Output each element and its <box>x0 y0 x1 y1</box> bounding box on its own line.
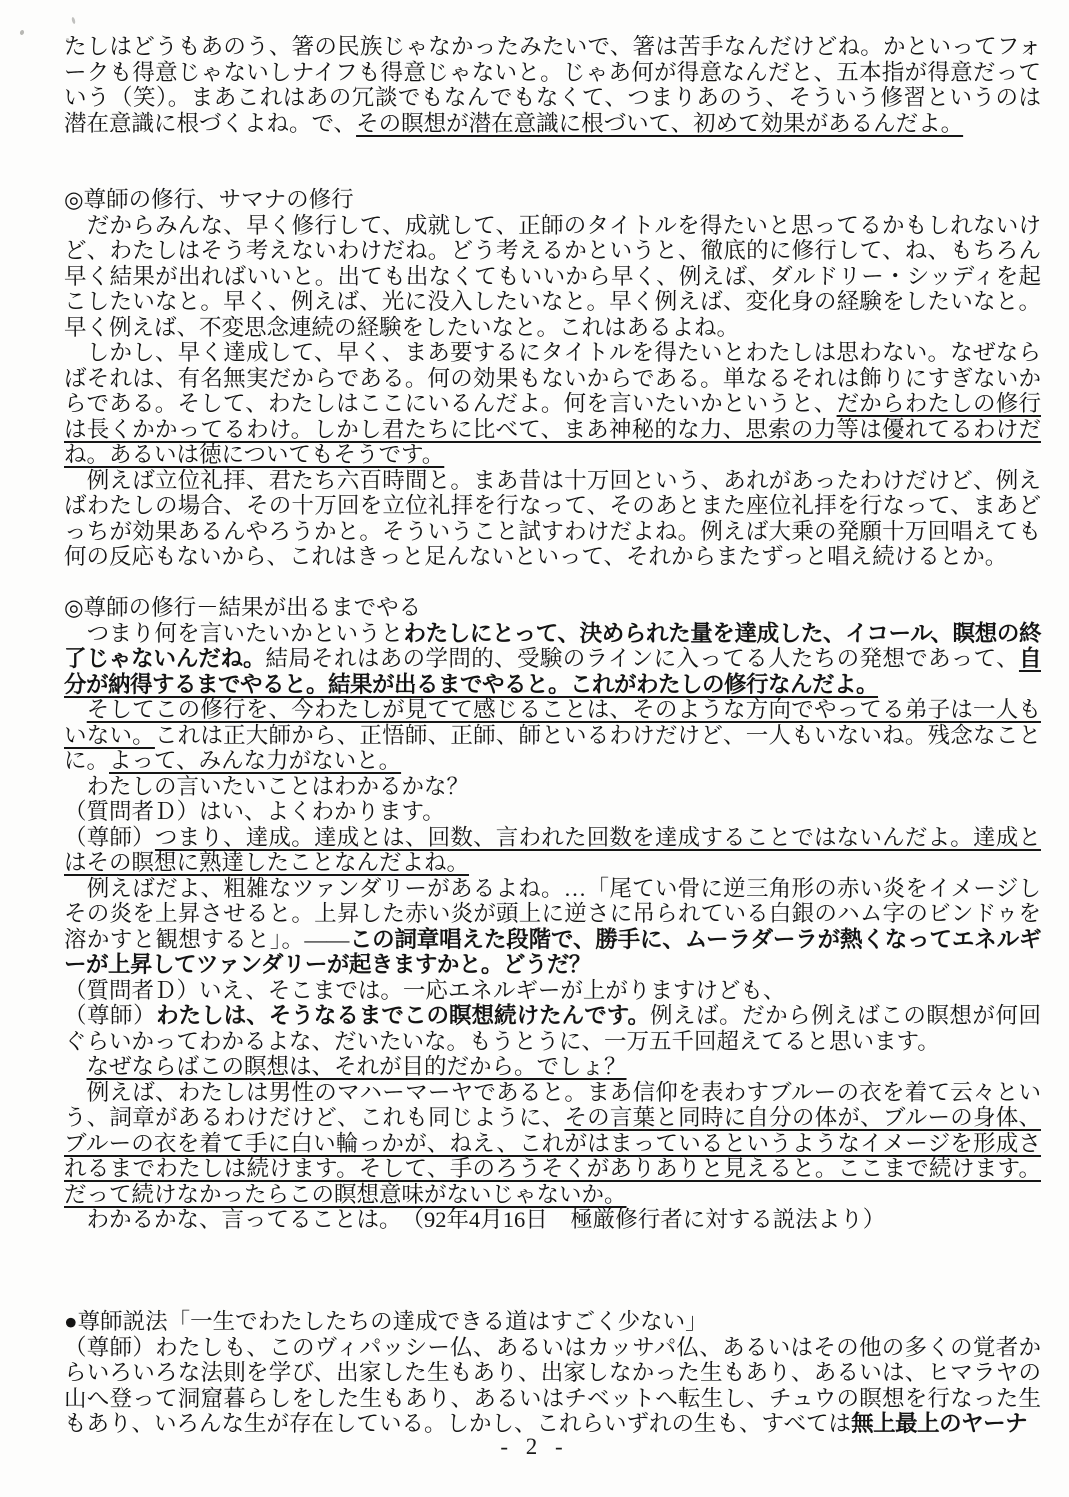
document-body: たしはどうもあのう、箸の民族じゃなかったみたいで、箸は苦手なんだけどね。かといっ… <box>64 34 1041 1437</box>
section-heading: ◎尊師の修行、サマナの修行 <box>64 187 1041 213</box>
scan-speck <box>71 17 76 25</box>
text-segment: ●尊師説法「一生でわたしたちの達成できる道はすごく少ない」 <box>64 1309 708 1334</box>
blank-line <box>64 1258 1041 1284</box>
paragraph: たしはどうもあのう、箸の民族じゃなかったみたいで、箸は苦手なんだけどね。かといっ… <box>64 34 1041 136</box>
text-segment: 無上最上のヤーナ <box>851 1411 1027 1436</box>
blank-line <box>64 136 1041 162</box>
text-segment: だからみんな、早く修行して、成就して、正師のタイトルを得たいと思ってるかもしれな… <box>64 213 1041 340</box>
paragraph: 例えば立位礼拝、君たち六百時間と。まあ昔は十万回という、あれがあったわけだけど、… <box>64 468 1041 570</box>
paragraph: わたしの言いたいことはわかるかな？ <box>64 774 1041 800</box>
text-segment: つまり何を言いたいかというと <box>64 621 403 646</box>
text-segment: よって、みんな力がないと。 <box>109 748 401 773</box>
paragraph: つまり何を言いたいかというとわたしにとって、決められた量を達成した、イコール、瞑… <box>64 621 1041 698</box>
text-segment: わかるかな、言ってることは。 （92年4月16日 極厳修行者に対する説法より） <box>64 1207 885 1232</box>
paragraph: （質問者Ｄ）はい、よくわかります。 <box>64 799 1041 825</box>
paragraph: だからみんな、早く修行して、成就して、正師のタイトルを得たいと思ってるかもしれな… <box>64 213 1041 341</box>
section-heading: ◎尊師の修行－結果が出るまでやる <box>64 595 1041 621</box>
text-segment: （質問者Ｄ）いえ、そこまでは。一応エネルギーが上がりますけども、 <box>64 978 785 1003</box>
paragraph: （尊師）つまり、達成。達成とは、回数、言われた回数を達成することではないんだよ。… <box>64 825 1041 876</box>
paragraph: 例えばだよ、粗雑なツァンダリーがあるよね。…「尾てい骨に逆三角形の赤い炎をイメー… <box>64 876 1041 978</box>
text-segment <box>64 1054 87 1079</box>
text-segment: （尊師） <box>64 825 155 850</box>
page-number: - 2 - <box>0 1434 1069 1460</box>
paragraph: （尊師）わたしも、このヴィパッシー仏、あるいはカッサパ仏、あるいはその他の多くの… <box>64 1335 1041 1437</box>
text-segment <box>64 697 87 722</box>
text-segment: わたしの言いたいことはわかるかな？ <box>64 774 469 799</box>
paragraph: わかるかな、言ってることは。 （92年4月16日 極厳修行者に対する説法より） <box>64 1207 1041 1233</box>
blank-line <box>64 570 1041 596</box>
text-segment: つまり、達成。達成とは、回数、言われた回数を達成することではないんだよ。達成とは… <box>64 825 1041 876</box>
scanned-page: たしはどうもあのう、箸の民族じゃなかったみたいで、箸は苦手なんだけどね。かといっ… <box>0 0 1069 1497</box>
text-segment: 結局それはあの学問的、受験のラインに入ってる人たちの発想であって、 <box>265 646 1019 671</box>
text-segment: （質問者Ｄ）はい、よくわかります。 <box>64 799 445 824</box>
text-segment: （尊師） <box>64 1003 156 1028</box>
paragraph: なぜならばこの瞑想は、それが目的だから。でしょ？ <box>64 1054 1041 1080</box>
scan-speck <box>19 29 24 35</box>
paragraph: （尊師）わたしは、そうなるまでこの瞑想続けたんです。例えば。だから例えばこの瞑想… <box>64 1003 1041 1054</box>
text-segment: ◎尊師の修行－結果が出るまでやる <box>64 595 421 620</box>
text-segment: その瞑想が潜在意識に根づいて、初めて効果があるんだよ。 <box>356 111 963 136</box>
section-heading: ●尊師説法「一生でわたしたちの達成できる道はすごく少ない」 <box>64 1309 1041 1335</box>
blank-line <box>64 1284 1041 1310</box>
paragraph: そしてこの修行を、今わたしが見てて感じることは、そのような方向でやってる弟子は一… <box>64 697 1041 774</box>
paragraph: しかし、早く達成して、早く、まあ要するにタイトルを得たいとわたしは思わない。なぜ… <box>64 340 1041 468</box>
text-segment: 例えば立位礼拝、君たち六百時間と。まあ昔は十万回という、あれがあったわけだけど、… <box>64 468 1041 570</box>
blank-line <box>64 1233 1041 1259</box>
blank-line <box>64 162 1041 188</box>
paragraph: （質問者Ｄ）いえ、そこまでは。一応エネルギーが上がりますけども、 <box>64 978 1041 1004</box>
text-segment: ◎尊師の修行、サマナの修行 <box>64 187 354 212</box>
text-segment: わたしは、そうなるまでこの瞑想続けたんです。 <box>156 1003 650 1028</box>
text-segment: なぜならばこの瞑想は、それが目的だから。でしょ？ <box>87 1054 627 1079</box>
paragraph: 例えば、わたしは男性のマハーマーヤであると。まあ信仰を表わすブルーの衣を着て云々… <box>64 1080 1041 1208</box>
